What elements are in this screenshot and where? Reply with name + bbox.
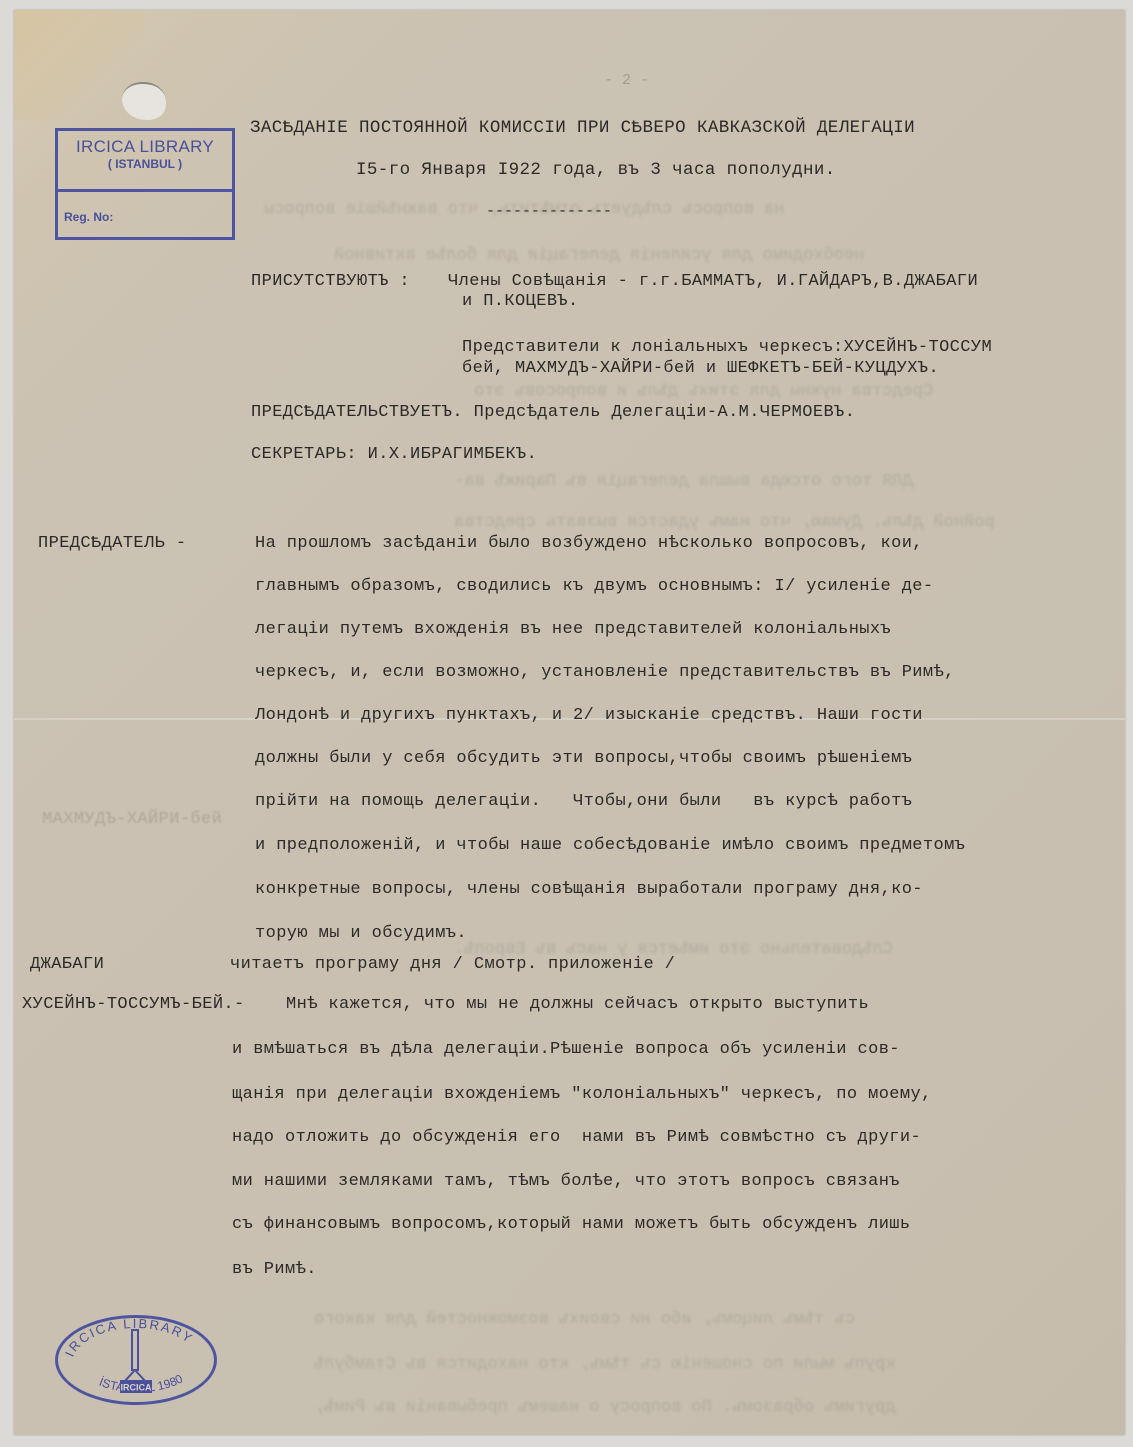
- speech-line: и предположеній, и чтобы наше собесѣдова…: [255, 836, 965, 855]
- bleed-through-text: другимъ образомъ. По вопросу о нашемъ пр…: [314, 1398, 896, 1417]
- speech-line: должны были у себя обсудить эти вопросы,…: [255, 749, 912, 768]
- present-members-line1: Члены Совѣщанія - г.г.БАММАТЪ, И.ГАЙДАРЪ…: [448, 272, 978, 291]
- bleed-through-text: Средства нужны для этихъ дѣлъ и вопросов…: [474, 382, 933, 401]
- bleed-through-margin: МАХМУДЪ-ХАЙРИ-бей: [42, 810, 222, 829]
- speaker-dzhabagi: ДЖАБАГИ: [30, 955, 104, 974]
- present-members-line2: и П.КОЦЕВЪ.: [462, 292, 579, 311]
- speech-line: торую мы и обсудимъ.: [255, 924, 467, 943]
- document-title: ЗАСѢДАНІЕ ПОСТОЯННОЙ КОМИССІИ ПРИ СѢВЕРО…: [250, 118, 915, 138]
- punch-hole: [122, 82, 166, 120]
- stamp-library-name: IRCICA LIBRARY: [58, 137, 232, 157]
- bleed-through-text: ройной дѣлъ. Думаю, что намъ удастся выз…: [454, 513, 995, 532]
- speech-line: съ финансовымъ вопросомъ,который нами мо…: [232, 1215, 911, 1234]
- speech-line: читаетъ програму дня / Смотр. приложеніе…: [230, 955, 675, 974]
- stamp-top-text: IRCICA LIBRARY: [62, 1318, 197, 1359]
- stamp-center-logo: IRCICA: [121, 1383, 152, 1393]
- stamp-logo-icon: IRCICA LIBRARY İSTANBUL 1980 IRCICA: [58, 1318, 214, 1402]
- speech-line: На прошломъ засѣданіи было возбуждено нѣ…: [255, 534, 923, 553]
- speech-line: Лондонѣ и другихъ пунктахъ, и 2/ изыскан…: [255, 706, 923, 725]
- stamp-reg-label: Reg. No:: [64, 210, 232, 224]
- speech-line: прійти на помощь делегаціи. Чтобы,они бы…: [255, 792, 912, 811]
- speech-line: Мнѣ кажется, что мы не должны сейчасъ от…: [286, 995, 869, 1014]
- speech-line: надо отложить до обсужденія его нами въ …: [232, 1128, 921, 1147]
- speaker-chairman: ПРЕДСѢДАТЕЛЬ -: [38, 534, 186, 553]
- speech-line: и вмѣшаться въ дѣла делегаціи.Рѣшеніе во…: [232, 1040, 900, 1059]
- representatives-line2: бей, МАХМУДЪ-ХАЙРИ-бей и ШЕФКЕТЪ-БЕЙ-КУЦ…: [462, 359, 939, 378]
- present-label: ПРИСУТСТВУЮТЪ :: [251, 272, 410, 291]
- svg-text:IRCICA LIBRARY: IRCICA LIBRARY: [62, 1318, 197, 1359]
- library-stamp: IRCICA LIBRARY ( ISTANBUL ) Reg. No:: [55, 128, 235, 240]
- representatives-line1: Представители к лоніальныхъ черкесъ:ХУСЕ…: [462, 338, 992, 357]
- speech-line: легаціи путемъ вхожденія въ нее представ…: [255, 620, 891, 639]
- bleed-through-text: крупъ мыли по сношенію съ тѣмъ, кто нахо…: [314, 1355, 896, 1374]
- speech-line: черкесъ, и, если возможно, установленіе …: [255, 663, 955, 682]
- secretary-line: СЕКРЕТАРЬ: И.Х.ИБРАГИМБЕКЪ.: [251, 445, 537, 464]
- speech-line: ми нашими земляками тамъ, тѣмъ болѣе, чт…: [232, 1172, 900, 1191]
- document-date: I5-го Января I922 года, въ 3 часа пополу…: [356, 160, 836, 180]
- bleed-through-text: необходимо для усиленія делегаціи для бо…: [334, 246, 865, 265]
- chair-line: ПРЕДСѢДАТЕЛЬСТВУЕТЪ. Предсѣдатель Делега…: [251, 403, 855, 422]
- speech-line: конкретные вопросы, члены совѣщанія выра…: [255, 880, 923, 899]
- speech-line: въ Римѣ.: [232, 1260, 317, 1279]
- speaker-khusein-tossum-bey: ХУСЕЙНЪ-ТОССУМЪ-БЕЙ.-: [22, 995, 245, 1014]
- oval-library-stamp: IRCICA LIBRARY İSTANBUL 1980 IRCICA: [55, 1315, 217, 1405]
- bleed-through-text: съ тѣмъ лицомъ, ибо ни своихъ возможност…: [314, 1310, 855, 1329]
- title-divider: --------------: [486, 203, 612, 220]
- page-number: - 2 -: [604, 72, 649, 89]
- bleed-through-text: ДЛЯ того отсюда вышла делегація въ Париж…: [454, 472, 913, 491]
- speech-line: главнымъ образомъ, сводились къ двумъ ос…: [255, 577, 934, 596]
- stamp-city: ( ISTANBUL ): [58, 157, 232, 171]
- speech-line: щанія при делегаціи вхожденіемъ "колоніа…: [232, 1085, 932, 1104]
